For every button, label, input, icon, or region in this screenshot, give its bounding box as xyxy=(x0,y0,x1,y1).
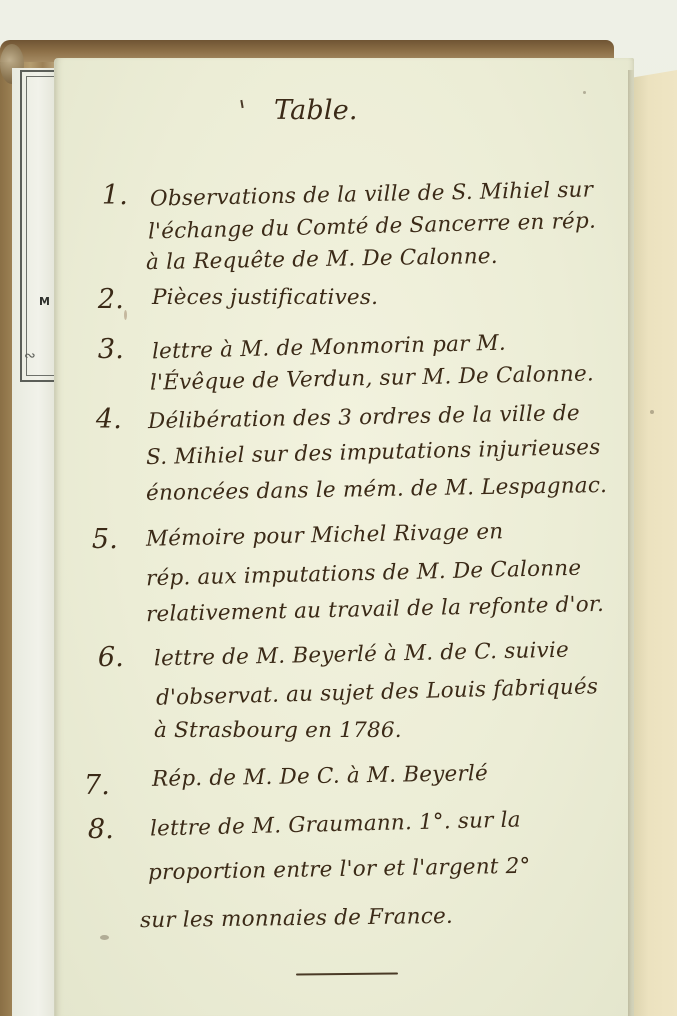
printed-label-letter: M xyxy=(39,295,50,308)
paper-stain xyxy=(583,91,586,94)
entry-line: sur les monnaies de France. xyxy=(140,904,453,933)
ornament-icon: ∾ xyxy=(24,350,54,374)
paper-stain xyxy=(100,935,109,940)
entry-number: 6. xyxy=(84,642,124,673)
paper-stain xyxy=(124,310,127,320)
next-page-edge xyxy=(630,70,677,1016)
entry-line: à Strasbourg en 1786. xyxy=(154,718,402,743)
entry-number: 1. xyxy=(88,180,128,211)
entry-number: 7. xyxy=(70,770,110,801)
entry-number: 8. xyxy=(74,814,114,845)
page-shadow xyxy=(628,70,634,1016)
entry-number: 3. xyxy=(84,334,124,365)
paper-stain xyxy=(650,410,654,414)
entry-number: 5. xyxy=(78,524,118,555)
entry-number: 2. xyxy=(84,284,124,315)
page-title: Table. xyxy=(274,95,358,126)
entry-number: 4. xyxy=(82,404,122,435)
entry-line: Pièces justificatives. xyxy=(152,285,378,310)
manuscript-photo: M ∾ Table. 1. Observations de la ville d… xyxy=(0,0,677,1016)
